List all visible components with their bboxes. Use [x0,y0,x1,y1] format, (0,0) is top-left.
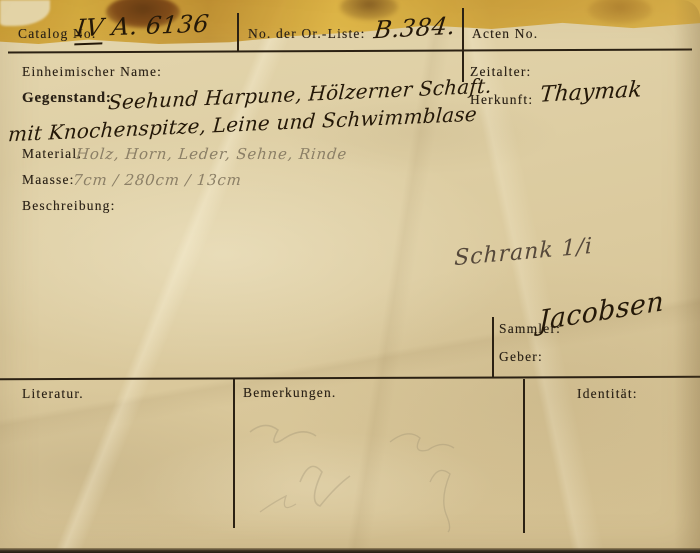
sammler-block-divider [492,317,494,378]
zeitalter-label: Zeitalter: [470,64,531,80]
orliste-label: No. der Or.-Liste: [248,26,366,42]
herkunft-value: Thaymak [539,77,643,107]
maasse-value: 7cm / 280cm / 13cm [72,171,242,189]
catalog-no-value: IV A. 6136 [75,10,211,43]
identitaet-label: Identität: [577,386,638,402]
right-edge-shading [674,0,700,553]
gegenstand-label: Gegenstand: [22,90,112,107]
header-divider-1 [237,13,239,51]
geber-label: Geber: [499,349,543,365]
schrank-note: Schrank 1/i [454,234,593,271]
faint-pencil-traces [240,412,520,542]
catalog-number: A. 6136 [110,10,210,42]
material-value: Holz, Horn, Leder, Sehne, Rinde [75,145,348,163]
einheimischer-name-label: Einheimischer Name: [22,64,162,80]
catalog-roman-numeral: IV [74,13,105,45]
catalog-card-paper: Catalog No. IV A. 6136 No. der Or.-Liste… [0,0,700,553]
bemerkungen-label: Bemerkungen. [243,385,337,401]
header-bottom-rule [8,49,692,54]
herkunft-label: Herkunft: [470,92,533,108]
footer-divider-1 [233,379,235,528]
footer-divider-2 [523,379,525,533]
scanned-catalog-card: Catalog No. IV A. 6136 No. der Or.-Liste… [0,0,700,553]
orliste-value: B.384. [372,12,457,44]
maasse-label: Maasse: [22,172,75,188]
header-divider-2 [462,8,464,82]
sammler-signature: Jacobsen [539,286,665,337]
literatur-label: Literatur. [22,386,84,402]
footer-top-rule [0,376,700,380]
card-bottom-edge [0,548,700,553]
material-label: Material: [22,146,82,162]
beschreibung-label: Beschreibung: [22,198,116,214]
acten-no-label: Acten No. [472,26,538,42]
